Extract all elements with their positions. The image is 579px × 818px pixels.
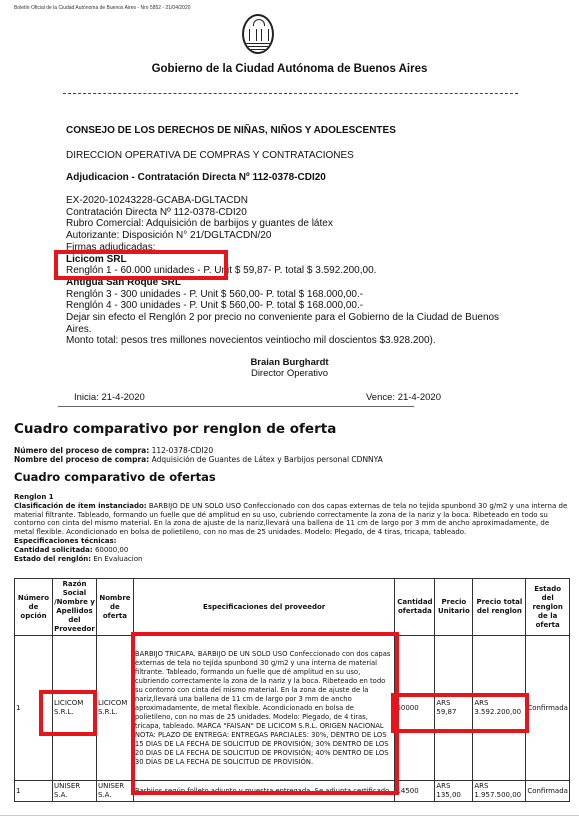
nombre-label: Nombre del proceso de compra: [14,455,149,464]
autorizante: Autorizante: Disposición N° 21/DGLTACDN/… [66,230,506,242]
cell-especificaciones: BARBIJO TRICAPA. BARBIJO DE UN SOLO USO … [133,636,394,781]
numero-value: 112-0378-CDI20 [152,446,214,455]
col-header: Nombre de oferta [96,579,133,636]
vence-date: Vence: 21-4-2020 [366,392,441,403]
signer-role: Director Operativo [0,368,579,379]
cell-nombre-oferta: LICICOM S.R.L. [96,636,133,781]
cell-precio-total: ARS 3.592.200,00 [473,636,526,781]
cell-estado: Confirmada [526,781,570,802]
sin-efecto-text: Dejar sin efecto el Renglón 2 por precio… [66,312,506,335]
signature-block: Braian Burghardt Director Operativo [0,357,579,379]
cell-precio-unitario: ARS 59,87 [435,636,473,781]
expediente: EX-2020-10243228-GCABA-DGLTACDN [66,195,506,207]
firma-line: Renglón 3 - 300 unidades - P. Unit $ 560… [66,289,506,301]
numero-label: Número del proceso de compra: [14,446,149,455]
cell-opcion: 1 [15,781,53,802]
cantidad-label: Cantidad solicitada: [14,546,93,554]
cantidad-value: 60000,00 [95,546,128,554]
organismo-heading: CONSEJO DE LOS DERECHOS DE NIÑAS, NIÑOS … [66,125,396,136]
nombre-value: Adquisición de Guantes de Látex y Barbij… [152,455,383,464]
firma-line: Renglón 1 - 60.000 unidades - P. Unit $ … [66,265,506,277]
cell-especificaciones: Barbijos según folleto adjunto y muestra… [133,781,394,802]
direccion-heading: DIRECCION OPERATIVA DE COMPRAS Y CONTRAT… [66,150,354,161]
col-header: Razón Social /Nombre y Apellidos del Pro… [52,579,96,636]
government-title: Gobierno de la Ciudad Autónoma de Buenos… [0,63,579,75]
firma-name: Antigua San Roque SRL [66,277,506,289]
adjudicacion-heading: Adjudicacion - Contratación Directa Nº 1… [66,172,326,183]
dashed-divider [63,93,518,94]
cell-razon-social: LICICOM S.R.L. [52,636,96,781]
cell-precio-total: ARS 1.957.500,00 [473,781,526,802]
table-row: 1 UNISER S.A. UNISER S.A. Barbijos según… [15,781,570,802]
offers-table: Número de opción Razón Social /Nombre y … [14,578,570,802]
col-header: Precio total del renglon [473,579,526,636]
cell-precio-unitario: ARS 135,00 [435,781,473,802]
table-header-row: Número de opción Razón Social /Nombre y … [15,579,570,636]
col-header: Especificaciones del proveedor [133,579,394,636]
col-header: Estado del renglon de la oferta [526,579,570,636]
cell-cantidad: 14500 [395,781,435,802]
col-header: Número de opción [15,579,53,636]
cell-cantidad: 60000 [395,636,435,781]
cuadro-subtitle: Cuadro comparativo de ofertas [14,470,216,484]
estado-value: En Evaluacion [93,555,142,563]
cell-opcion: 1 [15,636,53,781]
date-underline [58,406,414,407]
firmas-label: Firmas adjudicadas: [66,242,506,254]
coat-of-arms-icon [242,14,274,54]
clasificacion-label: Clasificación de ítem instanciado: [14,502,147,510]
rubro: Rubro Comercial: Adquisición de barbijos… [66,218,506,230]
boletin-header: Boletín Oficial de la Ciudad Autónoma de… [14,5,191,11]
inicia-date: Inicia: 21-4-2020 [74,392,145,403]
firma-name: Licicom SRL [66,254,506,266]
renglon-info: Renglon 1 Clasificación de ítem instanci… [14,493,569,563]
signer-name: Braian Burghardt [0,357,579,368]
table-row: 1 LICICOM S.R.L. LICICOM S.R.L. BARBIJO … [15,636,570,781]
especificaciones-label: Especificaciones técnicas: [14,537,116,545]
cuadro-title: Cuadro comparativo por renglon de oferta [14,421,336,437]
estado-label: Estado del renglón: [14,555,91,563]
cell-razon-social: UNISER S.A. [52,781,96,802]
firma-line: Renglón 4 - 300 unidades - P. Unit $ 560… [66,300,506,312]
contratacion: Contratación Directa Nº 112-0378-CDI20 [66,207,506,219]
page-bottom-rule [0,815,579,816]
process-info: Número del proceso de compra: 112-0378-C… [14,446,383,464]
col-header: Precio Unitario [435,579,473,636]
cell-estado: Confirmada [526,636,570,781]
monto-total: Monto total: pesos tres millones novecie… [66,335,506,347]
renglon-title: Renglon 1 [14,493,54,501]
col-header: Cantidad ofertada [395,579,435,636]
cell-nombre-oferta: UNISER S.A. [96,781,133,802]
resolution-body: EX-2020-10243228-GCABA-DGLTACDN Contrata… [66,195,506,347]
